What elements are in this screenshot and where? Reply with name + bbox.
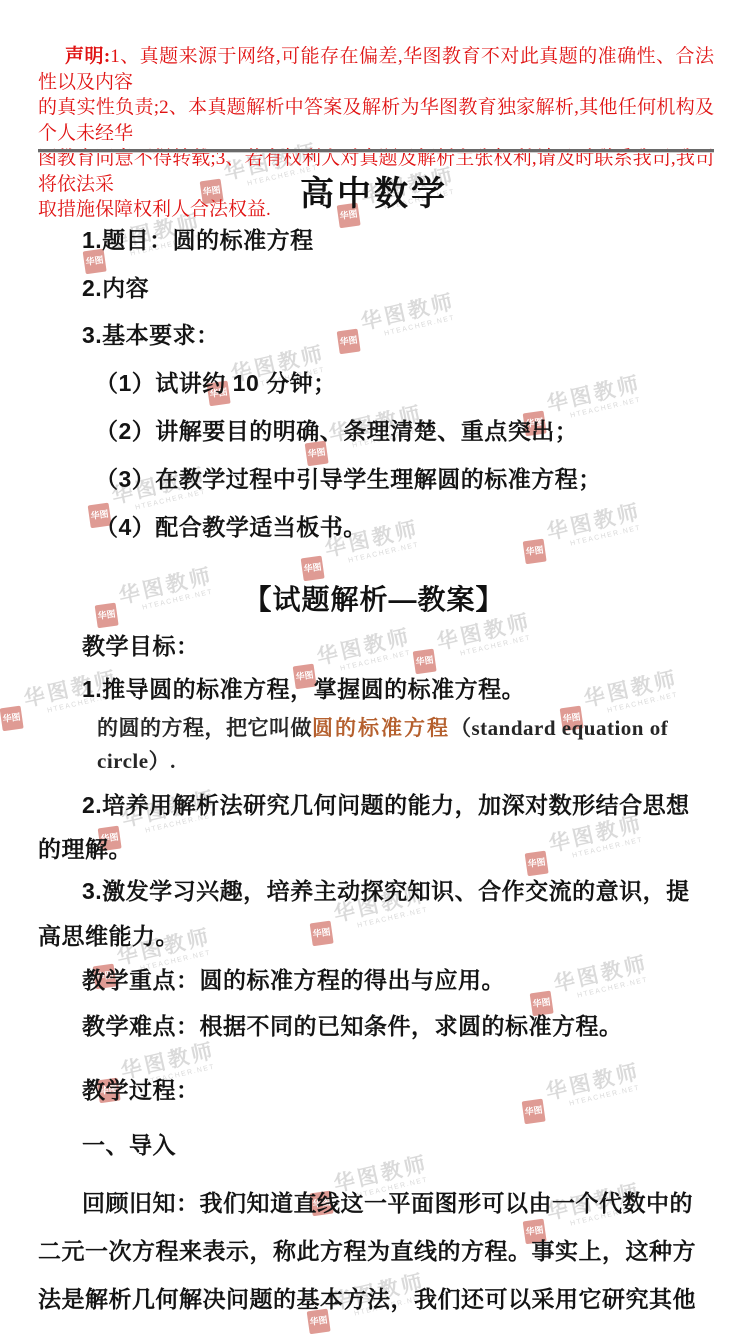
goal-2-line-2: 的理解。	[38, 831, 132, 864]
requirement-3: （3）在教学过程中引导学生理解圆的标准方程；	[95, 461, 602, 494]
excerpt-text: （standard equation of	[450, 716, 668, 740]
excerpt-line-1: 的圆的方程，把它叫做圆的标准方程（standard equation of	[97, 712, 677, 745]
section-heading: 【试题解析—教案】	[0, 578, 748, 618]
goal-3-line-1: 3.激发学习兴趣，培养主动探究知识、合作交流的意识，提	[82, 873, 690, 906]
requirement-4: （4）配合教学适当板书。	[95, 509, 367, 542]
teaching-difficulty: 教学难点：根据不同的已知条件，求圆的标准方程。	[82, 1008, 623, 1041]
item-content: 2.内容	[82, 270, 149, 303]
item-topic: 1.题目：圆的标准方程	[82, 222, 314, 255]
teaching-key-point: 教学重点：圆的标准方程的得出与应用。	[82, 962, 505, 995]
requirement-2: （2）讲解要目的明确、条理清楚、重点突出；	[95, 413, 578, 446]
textbook-excerpt: 的圆的方程，把它叫做圆的标准方程（standard equation of ci…	[97, 712, 677, 778]
horizontal-divider	[38, 149, 714, 153]
intro-paragraph-line-1: 回顾旧知：我们知道直线这一平面图形可以由一个代数中的	[82, 1185, 693, 1218]
requirement-1: （1）试讲约 10 分钟；	[95, 365, 337, 398]
document-page: 华图华图教师HTEACHER.NET华图华图教师HTEACHER.NET华图华图…	[0, 0, 748, 1335]
intro-paragraph-line-2: 二元一次方程来表示，称此方程为直线的方程。事实上，这种方	[38, 1233, 696, 1266]
excerpt-text: 的圆的方程，把它叫做	[97, 716, 312, 740]
goal-2-line-1: 2.培养用解析法研究几何问题的能力，加深对数形结合思想	[82, 787, 690, 820]
item-requirements: 3.基本要求：	[82, 317, 220, 350]
declaration-line: 的真实性负责;2、本真题解析中答案及解析为华图教育独家解析,其他任何机构及个人未…	[38, 95, 714, 146]
declaration-text: 1、真题来源于网络,可能存在偏差,华图教育不对此真题的准确性、合法性以及内容	[38, 46, 714, 93]
intro-paragraph-line-3: 法是解析几何解决问题的基本方法，我们还可以采用它研究其他	[38, 1281, 696, 1314]
teaching-goals-label: 教学目标：	[82, 628, 200, 661]
excerpt-highlight: 圆的标准方程	[312, 716, 450, 740]
goal-3-line-2: 高思维能力。	[38, 918, 179, 951]
document-content: 声明:1、真题来源于网络,可能存在偏差,华图教育不对此真题的准确性、合法性以及内…	[0, 0, 748, 1335]
subsection-intro: 一、导入	[82, 1127, 176, 1160]
declaration-label: 声明:	[65, 46, 110, 67]
page-title: 高中数学	[0, 166, 748, 215]
excerpt-line-2: circle）.	[97, 745, 677, 778]
declaration-line: 声明:1、真题来源于网络,可能存在偏差,华图教育不对此真题的准确性、合法性以及内…	[38, 44, 714, 95]
goal-1: 1.推导圆的标准方程，掌握圆的标准方程。	[82, 671, 525, 704]
teaching-process-label: 教学过程：	[82, 1072, 200, 1105]
